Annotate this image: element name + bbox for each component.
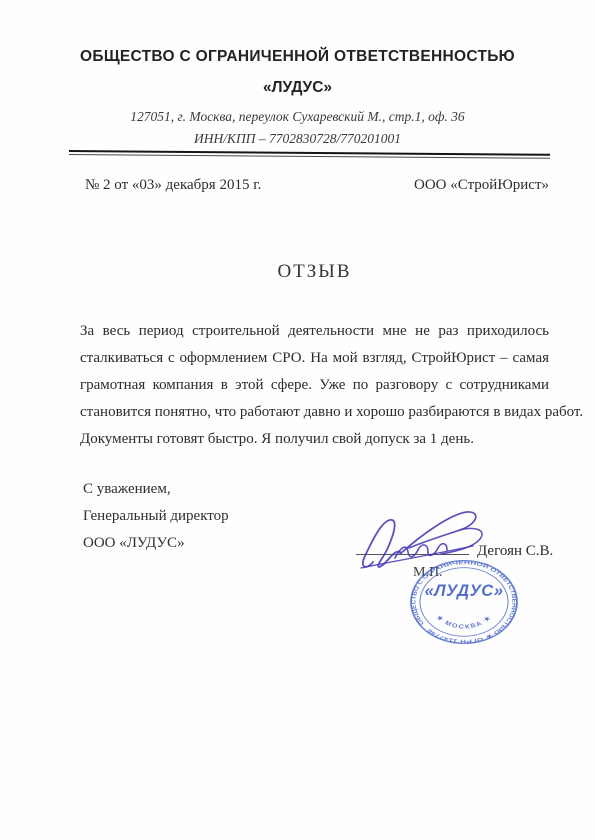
body-line: За весь период строительной деятельности… [80, 318, 549, 345]
addressee: ООО «СтройЮрист» [414, 177, 549, 194]
letter-page: ОБЩЕСТВО С ОГРАНИЧЕННОЙ ОТВЕТСТВЕННОСТЬЮ… [0, 0, 595, 840]
letterhead-address: 127051, г. Москва, переулок Сухаревский … [0, 109, 595, 125]
body-line: сталкиваться с оформлением СРО. На мой в… [80, 345, 549, 372]
document-title: ОТЗЫВ [80, 261, 549, 283]
closing-salutation: С уважением, [83, 481, 171, 498]
signer-company: ООО «ЛУДУС» [83, 535, 185, 552]
stamp-center-text: «ЛУДУС» [425, 582, 504, 600]
review-body: За весь период строительной деятельности… [80, 318, 549, 453]
letter-number-date: № 2 от «03» декабря 2015 г. [85, 177, 261, 194]
body-line: грамотная компания в этой сфере. Уже по … [80, 372, 549, 399]
svg-text:★ МОСКВА ★: ★ МОСКВА ★ [434, 614, 493, 631]
reference-row: № 2 от «03» декабря 2015 г. ООО «СтройЮр… [85, 177, 549, 194]
signer-position: Генеральный директор [83, 508, 229, 525]
letterhead-company-name: «ЛУДУС» [0, 79, 595, 97]
letterhead-company-form: ОБЩЕСТВО С ОГРАНИЧЕННОЙ ОТВЕТСТВЕННОСТЬЮ [0, 48, 595, 66]
letterhead-divider [69, 150, 550, 158]
letterhead-inn-kpp: ИНН/КПП – 7702830728/770201001 [0, 131, 595, 147]
body-line: становится понятно, что работают давно и… [80, 399, 549, 426]
body-line: Документы готовят быстро. Я получил свой… [80, 426, 549, 453]
handwritten-signature [345, 498, 560, 583]
stamp-city-text: ★ МОСКВА ★ [434, 614, 493, 631]
